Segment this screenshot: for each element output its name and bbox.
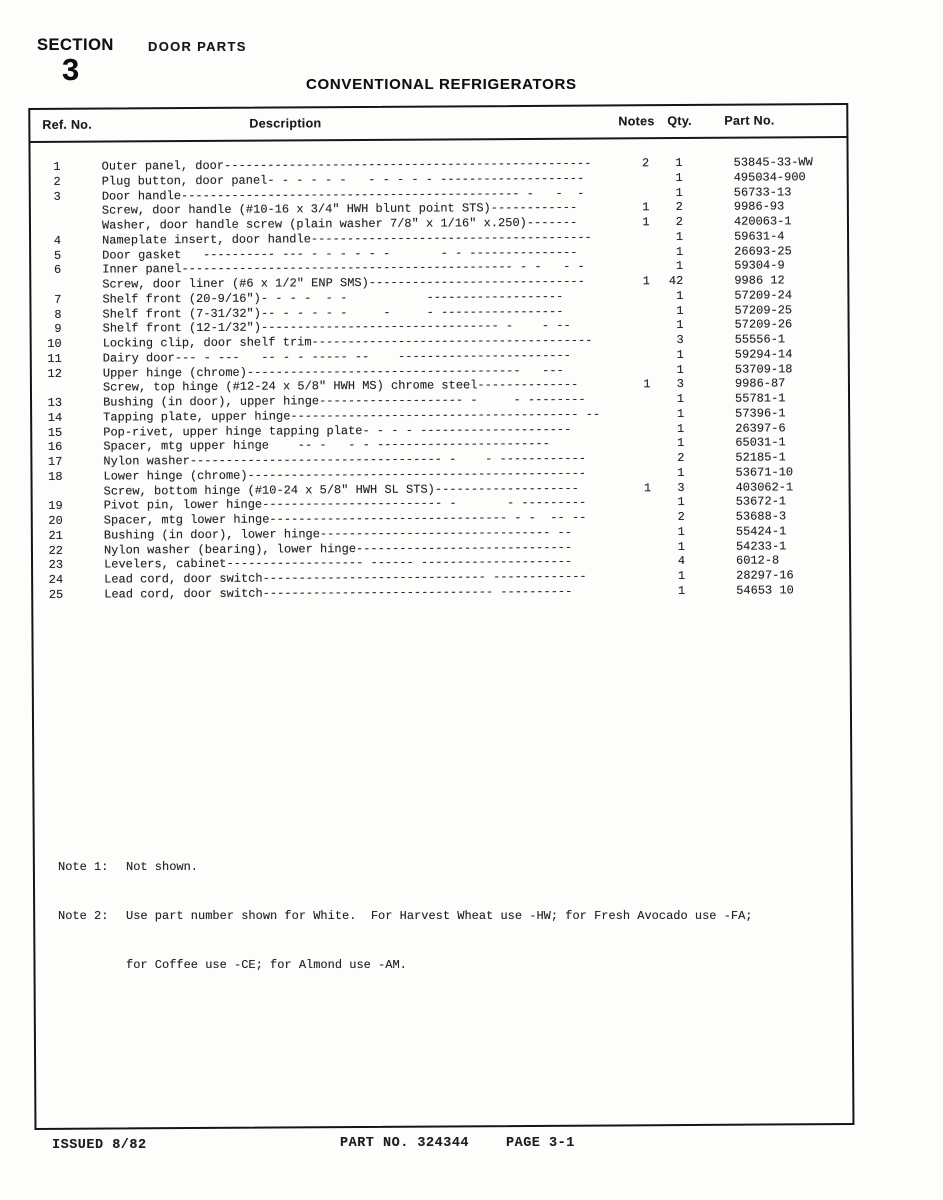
ref-cell: 2 <box>31 175 61 190</box>
part-cell: 9986-87 <box>735 377 786 392</box>
ref-cell: 25 <box>33 588 63 603</box>
qty-cell: 1 <box>650 436 684 451</box>
qty-cell: 2 <box>649 200 683 215</box>
part-cell: 57209-26 <box>735 318 793 333</box>
qty-cell: 42 <box>649 274 683 289</box>
qty-cell: 1 <box>649 230 683 245</box>
qty-cell: 1 <box>650 348 684 363</box>
qty-cell: 1 <box>650 363 684 378</box>
ref-cell: 5 <box>31 248 61 263</box>
table-header-row: Ref. No. Description Notes Qty. Part No. <box>30 105 846 143</box>
ref-cell: 11 <box>32 352 62 367</box>
part-cell: 26693-25 <box>734 244 792 259</box>
qty-cell: 1 <box>649 245 683 260</box>
footer-part-number: PART NO. 324344 <box>340 1136 469 1151</box>
ref-cell: 19 <box>33 499 63 514</box>
part-cell: 6012-8 <box>736 554 779 569</box>
ref-cell: 10 <box>32 337 62 352</box>
part-cell: 28297-16 <box>736 568 794 583</box>
part-cell: 54653 10 <box>736 583 794 598</box>
ref-cell: 17 <box>32 455 62 470</box>
qty-cell: 1 <box>650 407 684 422</box>
part-cell: 59631-4 <box>734 229 785 244</box>
qty-cell: 1 <box>651 569 685 584</box>
desc-cell: Lead cord, door switch------------------… <box>104 584 572 602</box>
ref-cell: 24 <box>33 573 63 588</box>
part-cell: 55781-1 <box>735 391 786 406</box>
part-cell: 9986-93 <box>734 200 785 215</box>
ref-cell: 20 <box>33 514 63 529</box>
qty-cell: 1 <box>650 392 684 407</box>
header-description: Description <box>249 116 321 130</box>
part-cell: 53671-10 <box>735 465 793 480</box>
note-2-text-line2: for Coffee use -CE; for Almond use -AM. <box>126 957 753 973</box>
ref-cell: 4 <box>31 234 61 249</box>
qty-cell: 2 <box>649 215 683 230</box>
ref-cell: 13 <box>32 396 62 411</box>
qty-cell: 2 <box>650 451 684 466</box>
ref-cell: 23 <box>33 558 63 573</box>
part-cell: 59294-14 <box>735 347 793 362</box>
part-cell: 53845-33-WW <box>734 155 813 170</box>
scanned-parts-catalog-page: SECTION DOOR PARTS 3 CONVENTIONAL REFRIG… <box>0 0 943 1200</box>
part-cell: 26397-6 <box>735 421 786 436</box>
qty-cell: 1 <box>651 525 685 540</box>
ref-cell: 14 <box>32 411 62 426</box>
part-cell: 53709-18 <box>735 362 793 377</box>
ref-cell: 3 <box>31 189 61 204</box>
part-cell: 53688-3 <box>736 509 787 524</box>
ref-cell: 6 <box>31 263 61 278</box>
footer-page-number: PAGE 3-1 <box>506 1136 575 1151</box>
parts-table-body: 1Outer panel, door----------------------… <box>30 138 849 602</box>
ref-cell: 18 <box>32 470 62 485</box>
note-2-label: Note 2: <box>58 908 126 924</box>
ref-cell: 8 <box>31 307 61 322</box>
qty-cell: 1 <box>650 318 684 333</box>
part-cell: 420063-1 <box>734 214 792 229</box>
ref-cell: 7 <box>31 293 61 308</box>
ref-cell: 9 <box>32 322 62 337</box>
header-notes: Notes <box>618 114 654 128</box>
qty-cell: 1 <box>649 186 683 201</box>
part-cell: 55556-1 <box>735 332 786 347</box>
section-number: 3 <box>62 52 79 88</box>
part-cell: 54233-1 <box>736 539 787 554</box>
qty-cell: 3 <box>651 481 685 496</box>
ref-cell: 21 <box>33 529 63 544</box>
part-cell: 57209-24 <box>734 288 792 303</box>
part-cell: 495034-900 <box>734 170 806 185</box>
qty-cell: 1 <box>649 289 683 304</box>
note-2-text-line1: Use part number shown for White. For Har… <box>126 908 753 924</box>
section-title: DOOR PARTS <box>148 39 247 54</box>
ref-cell: 1 <box>31 160 61 175</box>
ref-cell: 22 <box>33 543 63 558</box>
note-2: Note 2:Use part number shown for White. … <box>58 908 753 924</box>
qty-cell: 4 <box>651 554 685 569</box>
qty-cell: 1 <box>649 156 683 171</box>
footnotes-block: Note 1:Not shown. Note 2:Use part number… <box>58 826 753 1006</box>
qty-cell: 1 <box>649 171 683 186</box>
page-title: CONVENTIONAL REFRIGERATORS <box>306 76 577 93</box>
note-1: Note 1:Not shown. <box>58 859 753 875</box>
qty-cell: 1 <box>651 584 685 599</box>
part-cell: 52185-1 <box>735 450 786 465</box>
qty-cell: 1 <box>649 304 683 319</box>
part-cell: 57209-25 <box>734 303 792 318</box>
header-qty: Qty. <box>667 114 692 128</box>
qty-cell: 1 <box>651 495 685 510</box>
ref-cell: 15 <box>32 425 62 440</box>
ref-cell: 16 <box>32 440 62 455</box>
part-cell: 53672-1 <box>736 495 787 510</box>
part-cell: 9986 12 <box>734 273 785 288</box>
header-ref-no: Ref. No. <box>42 118 92 132</box>
part-cell: 55424-1 <box>736 524 787 539</box>
qty-cell: 3 <box>650 377 684 392</box>
footer-issued-date: ISSUED 8/82 <box>52 1138 147 1153</box>
header-part-no: Part No. <box>724 113 774 127</box>
qty-cell: 1 <box>650 466 684 481</box>
note-1-text: Not shown. <box>126 859 198 875</box>
part-cell: 403062-1 <box>736 480 794 495</box>
qty-cell: 1 <box>649 259 683 274</box>
ref-cell: 12 <box>32 366 62 381</box>
note-1-label: Note 1: <box>58 859 126 875</box>
part-cell: 59304-9 <box>734 259 785 274</box>
qty-cell: 3 <box>650 333 684 348</box>
part-cell: 57396-1 <box>735 406 786 421</box>
qty-cell: 2 <box>651 510 685 525</box>
part-cell: 56733-13 <box>734 185 792 200</box>
qty-cell: 1 <box>651 540 685 555</box>
qty-cell: 1 <box>650 422 684 437</box>
part-cell: 65031-1 <box>735 436 786 451</box>
